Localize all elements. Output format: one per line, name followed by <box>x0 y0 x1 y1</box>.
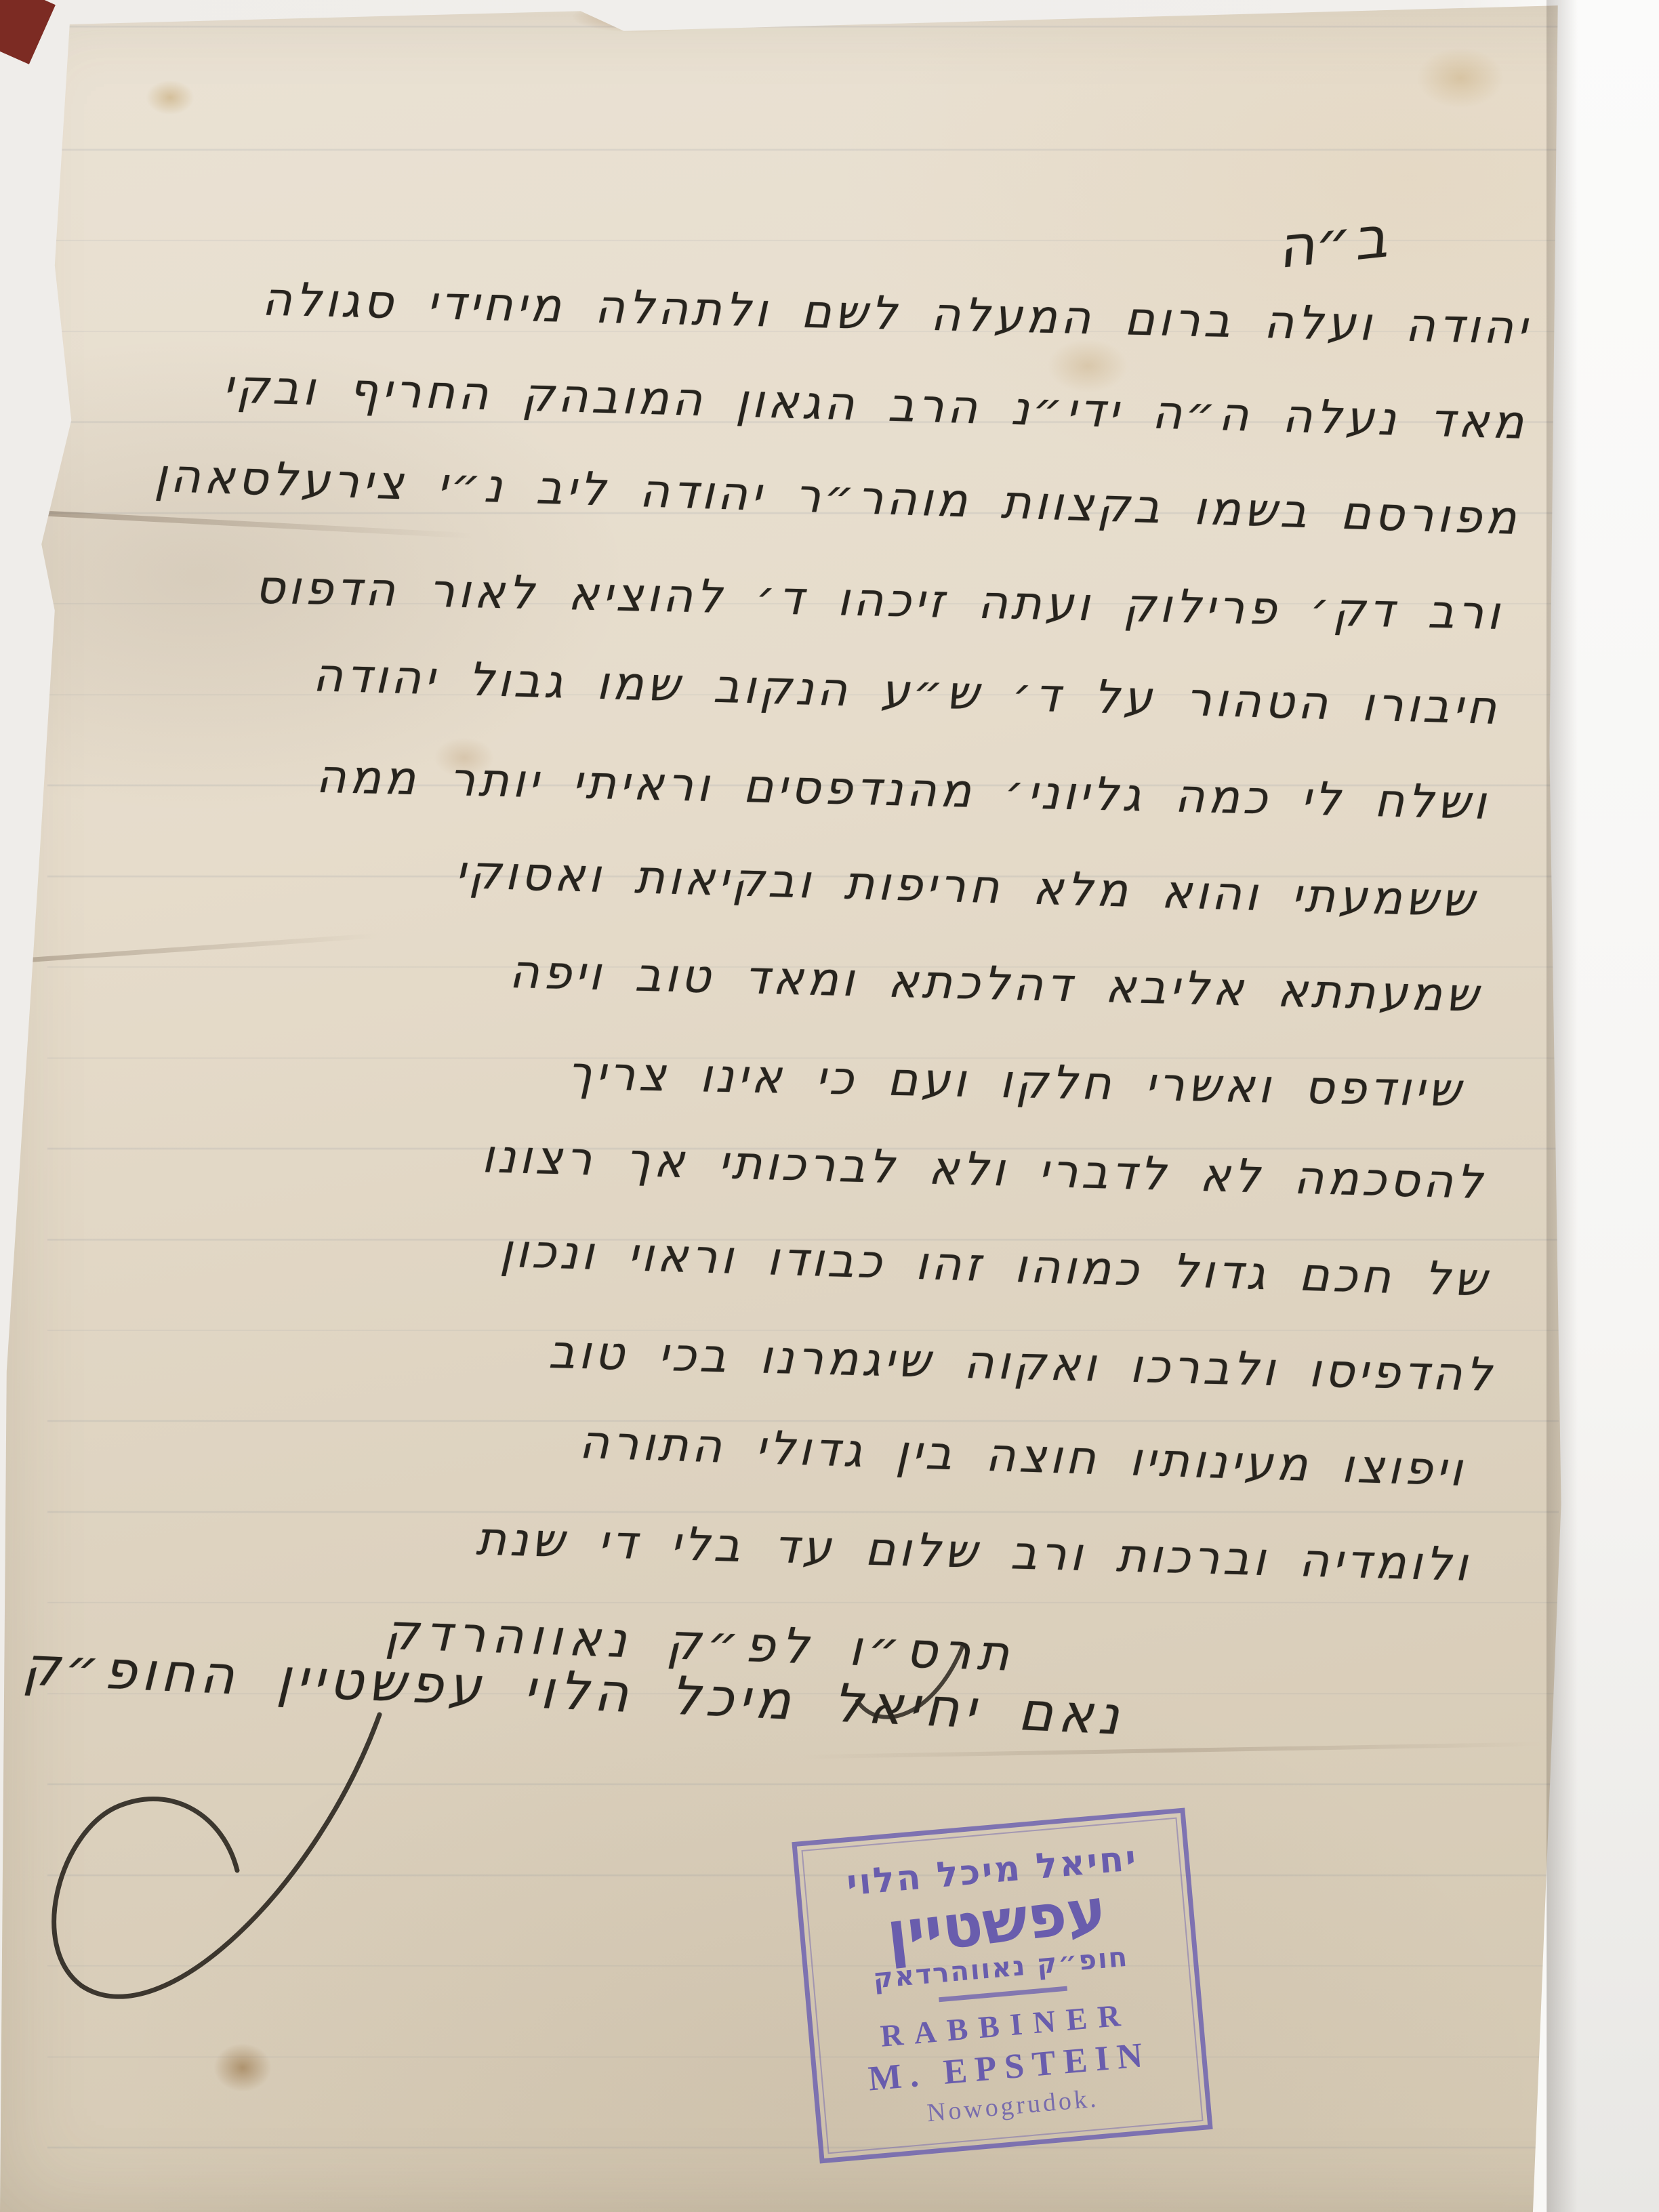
stamp-latin-title: RABBINER <box>879 1996 1132 2054</box>
stamp-latin-city: Nowogrudok. <box>926 2083 1100 2128</box>
paper-stain <box>146 80 194 115</box>
paper-stain <box>1416 47 1504 108</box>
red-corner-sliver <box>0 0 56 64</box>
stamp-hebrew-surname: עפשטיין <box>884 1883 1109 1961</box>
paper-stain <box>573 1 708 33</box>
paper-edge-shadow <box>1547 0 1578 2212</box>
stamp-latin-name: M. EPSTEIN <box>867 2035 1152 2100</box>
rabbinical-stamp: יחיאל מיכל הלוי עפשטיין חופ״ק נאווהרדאק … <box>792 1808 1212 2164</box>
header-bh: ב״ה <box>1274 203 1391 281</box>
letter-paper: ב״ה יהודה ועלה ברום המעלה לשם ולתהלה מיח… <box>0 0 1659 2212</box>
photograph-of-letter: { "photo": { "backdrop_color": "#f4f3f1"… <box>0 0 1659 2212</box>
paper-stain <box>213 2043 272 2092</box>
stamp-divider <box>939 1986 1067 2003</box>
